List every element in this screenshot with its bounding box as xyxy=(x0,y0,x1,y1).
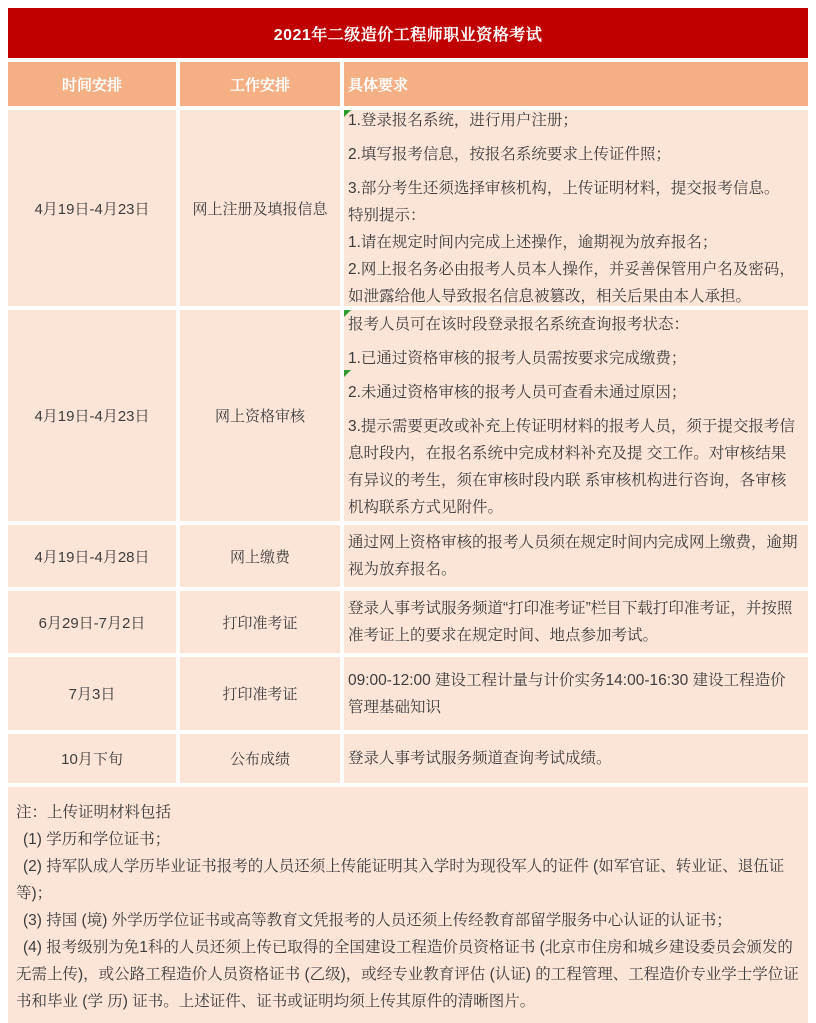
row1-task-cell: 网上注册及填报信息 xyxy=(180,110,340,306)
col-header-details: 具体要求 xyxy=(344,62,808,106)
col-header-time: 时间安排 xyxy=(8,62,176,106)
row5-time-cell: 7月3日 xyxy=(8,657,176,730)
row3-time-cell: 4月19日-4月28日 xyxy=(8,525,176,587)
detail-line: 1.已通过资格审核的报考人员需按要求完成缴费； xyxy=(348,345,798,372)
detail-line: 通过网上资格审核的报考人员须在规定时间内完成网上缴费，逾期视为放弃报名。 xyxy=(348,529,798,583)
note-item-3: (3) 持国 (境) 外学历学位证书或高等教育文凭报考的人员还须上传经教育部留学… xyxy=(16,907,800,934)
notes-heading: 注：上传证明材料包括 xyxy=(16,799,800,826)
detail-line: 2.未通过资格审核的报考人员可查看未通过原因； xyxy=(348,379,798,406)
row4-time-cell: 6月29日-7月2日 xyxy=(8,591,176,653)
row1-time-cell: 4月19日-4月23日 xyxy=(8,110,176,306)
detail-line: 登录人事考试服务频道“打印准考证”栏目下载打印准考证，并按照准考证上的要求在规定… xyxy=(348,595,798,649)
col-header-task: 工作安排 xyxy=(180,62,340,106)
row4-task-cell: 打印准考证 xyxy=(180,591,340,653)
title-bar: 2021年二级造价工程师职业资格考试 xyxy=(8,8,808,58)
row2-time-cell: 4月19日-4月23日 xyxy=(8,310,176,521)
schedule-table: 时间安排 工作安排 具体要求 4月19日-4月23日 网上注册及填报信息 1.登… xyxy=(8,62,808,783)
notes-section: 注：上传证明材料包括 (1) 学历和学位证书； (2) 持军队成人学历毕业证书报… xyxy=(8,787,808,1023)
note-item-4: (4) 报考级别为免1科的人员还须上传已取得的全国建设工程造价员资格证书 (北京… xyxy=(16,934,800,1015)
row4-details-cell: 登录人事考试服务频道“打印准考证”栏目下载打印准考证，并按照准考证上的要求在规定… xyxy=(344,591,808,653)
notice-page: 2021年二级造价工程师职业资格考试 时间安排 工作安排 具体要求 4月19日-… xyxy=(0,0,816,997)
row6-task-cell: 公布成绩 xyxy=(180,734,340,783)
detail-line: 3.提示需要更改或补充上传证明材料的报考人员，须于提交报考信息时段内，在报名系统… xyxy=(348,413,798,521)
green-triangle-icon xyxy=(344,310,351,317)
green-triangle-icon xyxy=(344,110,351,117)
detail-line: 特别提示： xyxy=(348,202,798,229)
detail-line: 1.登录报名系统，进行用户注册； xyxy=(348,107,798,134)
detail-line: 2.填写报考信息，按报名系统要求上传证件照； xyxy=(348,141,798,168)
green-triangle-icon xyxy=(344,370,351,377)
note-item-2: (2) 持军队成人学历毕业证书报考的人员还须上传能证明其入学时为现役军人的证件 … xyxy=(16,853,800,907)
row6-details-cell: 登录人事考试服务频道查询考试成绩。 xyxy=(344,734,808,783)
row3-task-cell: 网上缴费 xyxy=(180,525,340,587)
detail-line: 2.网上报名务必由报考人员本人操作，并妥善保管用户名及密码，如泄露给他人导致报名… xyxy=(348,256,798,310)
detail-line: 09:00-12:00 建设工程计量与计价实务14:00-16:30 建设工程造… xyxy=(348,667,798,721)
row6-time-cell: 10月下旬 xyxy=(8,734,176,783)
page-title: 2021年二级造价工程师职业资格考试 xyxy=(274,22,543,45)
detail-line: 登录人事考试服务频道查询考试成绩。 xyxy=(348,745,798,772)
detail-line: 报考人员可在该时段登录报名系统查询报考状态： xyxy=(348,311,798,338)
row5-details-cell: 09:00-12:00 建设工程计量与计价实务14:00-16:30 建设工程造… xyxy=(344,657,808,730)
row2-details-cell: 报考人员可在该时段登录报名系统查询报考状态： 1.已通过资格审核的报考人员需按要… xyxy=(344,310,808,521)
detail-line: 3.部分考生还须选择审核机构，上传证明材料，提交报考信息。 xyxy=(348,175,798,202)
row5-task-cell: 打印准考证 xyxy=(180,657,340,730)
row2-task-cell: 网上资格审核 xyxy=(180,310,340,521)
row3-details-cell: 通过网上资格审核的报考人员须在规定时间内完成网上缴费，逾期视为放弃报名。 xyxy=(344,525,808,587)
detail-line: 1.请在规定时间内完成上述操作，逾期视为放弃报名； xyxy=(348,229,798,256)
row1-details-cell: 1.登录报名系统，进行用户注册； 2.填写报考信息，按报名系统要求上传证件照； … xyxy=(344,110,808,306)
note-item-1: (1) 学历和学位证书； xyxy=(16,826,800,853)
